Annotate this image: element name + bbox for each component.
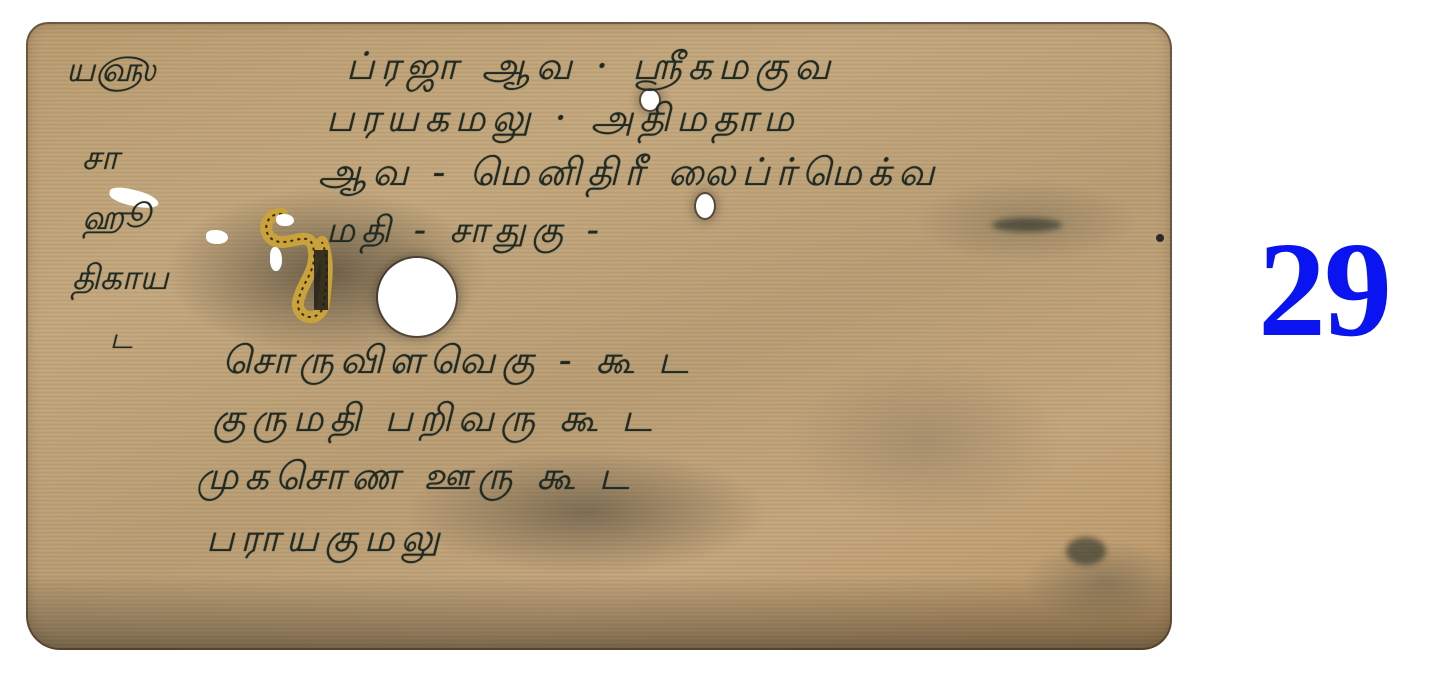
margin-note-left-3: திகாய [72, 258, 169, 302]
leaf-tear [206, 230, 228, 244]
ink-dot [1156, 234, 1164, 242]
manuscript-line-6: குருமதி பறிவரு கூ ட [212, 396, 658, 446]
manuscript-line-7: முகசொண ஊரு கூ ட [196, 454, 635, 504]
manuscript-line-3: ஆவ - மெனிதிரீ லைப்ர்மெக்வ [318, 150, 940, 200]
manuscript-line-4: மதி - சாதுகு - [326, 210, 605, 256]
leaf-tear [270, 247, 282, 271]
manuscript-line-5: சொருவிளவெகு - கூ ட [222, 338, 694, 388]
margin-note-left-2: ஹூ [82, 198, 149, 242]
page-number: 29 [1258, 222, 1390, 358]
margin-note-left-1: சா [82, 138, 119, 182]
manuscript-line-2: பரயகமலு · அதிமதாம [326, 96, 800, 146]
manuscript-line-8: பராயகுமலு [206, 516, 446, 566]
margin-note-left-4: ட [110, 322, 132, 359]
palm-leaf-manuscript: ய௵ சா ஹூ திகாய ட ப்ரஜா ஆவ · ஸ்ரீகமகுவ பர… [26, 22, 1172, 650]
leaf-tear [276, 214, 294, 226]
ink-stain [992, 218, 1062, 232]
binding-hole [378, 258, 456, 336]
manuscript-line-1: ப்ரஜா ஆவ · ஸ்ரீகமகுவ [346, 44, 836, 94]
ink-stain [1066, 537, 1106, 565]
margin-note-top-left: ய௵ [66, 50, 155, 94]
